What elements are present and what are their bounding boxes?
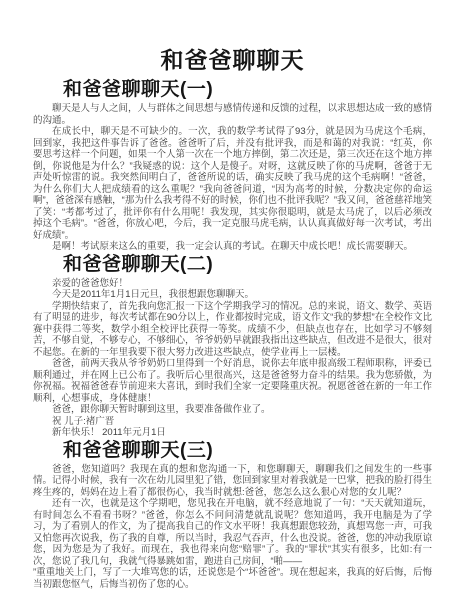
paragraph: 在成长中，聊天是不可缺少的。一次，我的数学考试得了93分，就是因为马虎这个毛病，… <box>33 126 432 241</box>
section-1-heading: 和爸爸聊聊天(一) <box>63 79 432 101</box>
paragraph: 爸爸，跟你聊天暂时聊到这里，我要准备做作业了。 <box>33 404 432 416</box>
paragraph: ”重重地关上门，写了一大堆骂您的话，还说您是个“坏爸爸”。现在想起来，我真的好后… <box>33 567 432 590</box>
paragraph: 聊天是人与人之间，人与群体之间思想与感情传递和反馈的过程，以求思想达成一致的感情… <box>33 103 432 126</box>
essay-section-1: 和爸爸聊聊天(一) 聊天是人与人之间，人与群体之间思想与感情传递和反馈的过程，以… <box>33 79 432 253</box>
paragraph: 亲爱的爸爸您好！ <box>33 278 432 290</box>
section-3-heading: 和爸爸聊聊天(三) <box>63 440 432 462</box>
paragraph: 还有一次，也就是这个学期吧，您见我在开电脑，就不经意地说了一句：“天天就知道玩，… <box>33 498 432 567</box>
paragraph: 今天是2011年1月1日元旦，我很想跟您聊聊天。 <box>33 289 432 301</box>
signature-line: 祝 儿子:褚广晋 <box>33 416 432 428</box>
paragraph: 学期快结束了，首先我向您汇报一下这个学期我学习的情况。总的来说，语文、数学、英语… <box>33 301 432 359</box>
section-2-heading: 和爸爸聊聊天(二) <box>63 254 432 276</box>
date-line: 新年快乐！ 2011年元月1日 <box>33 427 432 439</box>
essay-section-3: 和爸爸聊聊天(三) 爸爸，您知道吗？我现在真的想和您沟通一下，和您聊聊天，聊聊我… <box>33 440 432 591</box>
document-title: 和爸爸聊聊天 <box>33 46 432 74</box>
paragraph: 爸爸，前两天我从爷爷奶奶口里得到一个好消息，说你去年底申报高级工程师职称，评委已… <box>33 358 432 404</box>
paragraph: 是啊！考试原来这么的重要，我一定会认真的考试。在聊天中成长吧！成长需要聊天。 <box>33 241 432 253</box>
paragraph: 爸爸，您知道吗？我现在真的想和您沟通一下，和您聊聊天，聊聊我们之间发生的一些事情… <box>33 464 432 499</box>
essay-section-2: 和爸爸聊聊天(二) 亲爱的爸爸您好！ 今天是2011年1月1日元旦，我很想跟您聊… <box>33 254 432 439</box>
document-page: 和爸爸聊聊天 和爸爸聊聊天(一) 聊天是人与人之间，人与群体之间思想与感情传递和… <box>0 0 463 600</box>
